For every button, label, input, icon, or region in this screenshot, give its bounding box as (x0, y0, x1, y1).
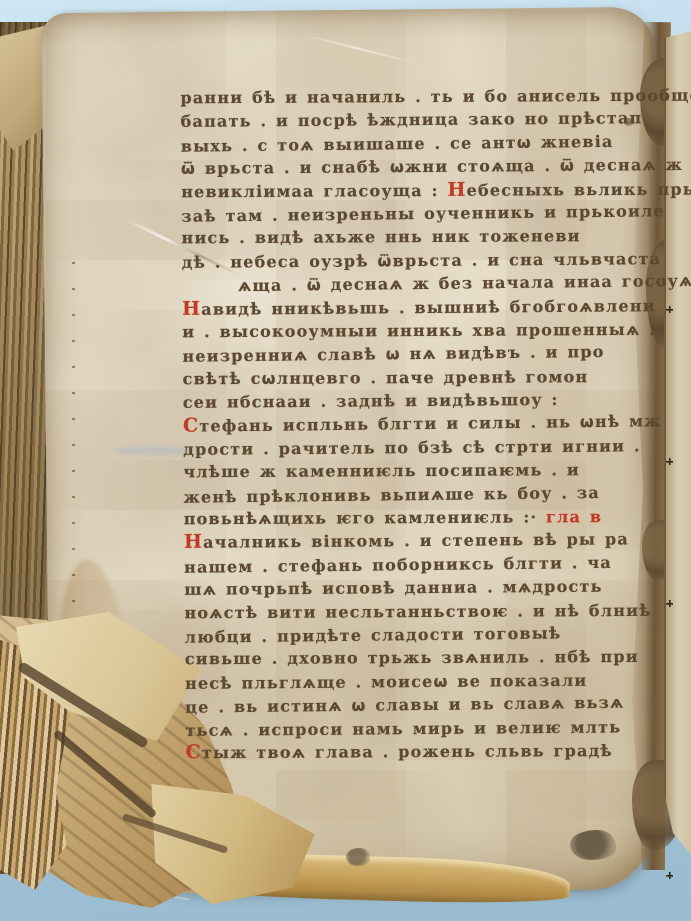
line-text: ачалникь вінкомь . и степень вѣ ры ра (203, 530, 629, 552)
sewing-repair-mark (666, 306, 673, 313)
line-text: тьсѧ . испроси намь мирь и велиѥ млть (185, 717, 621, 739)
line-text: тыж твоѧ глава . рожень сльвь градѣ (202, 741, 613, 762)
manuscript-line: Стыж твоѧ глава . рожень сльвь градѣ (186, 739, 668, 765)
rubricated-initial: Н (184, 531, 203, 553)
manuscript-line: тьсѧ . испроси намь мирь и велиѥ млть (185, 715, 667, 742)
manuscript-line: Навидѣ нникѣвьшь . вышниѣ бгобгоѧвлени (182, 294, 664, 321)
line-text: несѣ пльглѧще . моисеѡ ве показали (185, 670, 588, 692)
manuscript-line: неизренниѧ славѣ ѡ нѧ видѣвъ . и про (182, 340, 664, 369)
manuscript-line: шѧ почрьпѣ исповѣ данниа . мѧдрость (184, 574, 666, 601)
line-text: ѿ врьста . и снабѣ ѡжни стоѧща . ѿ десна… (181, 155, 683, 178)
line-text: дрости . рачитель по бзѣ сѣ стрти игнии … (183, 436, 641, 459)
rubricated-initial: С (186, 741, 202, 763)
manuscript-line: ѿ врьста . и снабѣ ѡжни стоѧща . ѿ десна… (181, 153, 663, 180)
line-text: повьнѣѧщихь ѥго камлениѥль :· (184, 507, 546, 528)
manuscript-text-block: ранни бѣ и начаниль . ть и бо анисель пр… (180, 83, 667, 765)
manuscript-line: сивьше . дховно трьжь звѧниль . нбѣ при (185, 645, 667, 671)
rubricated-initial: Н (182, 297, 201, 319)
line-text: бапать . и посрѣ ѣждница зако но прѣстап (181, 109, 643, 132)
line-text: ебесныхь вьликь прьвь (467, 179, 691, 199)
manuscript-line: повьнѣѧщихь ѥго камлениѥль :· гла в (184, 505, 666, 531)
line-text: члѣше ж каменниѥль посипаѥмь . и (183, 460, 580, 481)
line-text: невикліимаа гласоуща : (181, 180, 447, 200)
manuscript-line: нись . видѣ ахьже ннь ник тоженеви (181, 224, 663, 250)
sewing-repair-mark (666, 600, 673, 607)
line-text: сивьше . дховно трьжь звѧниль . нбѣ при (185, 647, 639, 668)
rubricated-initial: С (183, 415, 200, 437)
line-text: шѧ почрьпѣ исповѣ данниа . мѧдрость (184, 577, 602, 599)
sewing-repair-mark (666, 872, 673, 879)
line-text: любци . придѣте сладости тоговыѣ (185, 623, 562, 646)
ruling-prick-marks (72, 262, 75, 642)
line-text: сеи нбснааи . заднѣ и видѣвьшоу : (183, 390, 559, 412)
manuscript-line: члѣше ж каменниѥль посипаѥмь . и (183, 458, 665, 484)
manuscript-line: свѣтѣ сѡлнцевго . паче древнѣ гомон (183, 364, 665, 390)
line-text: свѣтѣ сѡлнцевго . паче древнѣ гомон (183, 367, 589, 388)
line-text: ноѧстѣ вити несльтанньствоѥ . и нѣ блниѣ (184, 600, 651, 621)
ink-stain (570, 830, 616, 860)
line-text: заѣ там . неизреньны оученникь и прькоил… (181, 201, 665, 225)
manuscript-line: ранни бѣ и начаниль . ть и бо анисель пр… (180, 84, 662, 110)
line-text: нашем . стефань поборниксь блгти . ча (184, 553, 612, 577)
rubricated-initial: Н (447, 178, 466, 200)
line-text: нись . видѣ ахьже ннь ник тоженеви (181, 227, 580, 248)
line-text: тефань испльнь блгти и силы . нь ѡнѣ мж (199, 412, 661, 436)
line-text: це . вь истинѧ ѡ славы и вь славѧ вьзѧ (185, 693, 624, 717)
line-text: женѣ прѣклонивь вьпиѧше кь боу . за (183, 483, 600, 507)
line-text: неизренниѧ славѣ ѡ нѧ видѣвъ . и про (182, 342, 604, 366)
line-text: дѣ . небеса оузрѣ ѿврьста . и сна чльвча… (182, 249, 662, 272)
chapter-rubric: гла в (546, 507, 602, 526)
sewing-repair-mark (666, 458, 673, 465)
ink-stain (346, 848, 370, 866)
manuscript-line: дрости . рачитель по бзѣ сѣ стрти игнии … (183, 434, 665, 461)
line-text: ранни бѣ и начаниль . ть и бо анисель пр… (180, 85, 691, 107)
line-text: ѧща . ѿ деснаѧ ж без начала инаа госоуѧ … (238, 271, 691, 295)
line-text: и . высокооумныи инникь хва прошенныѧ . (182, 320, 656, 341)
line-text: выхь . с тоѧ выишаше . се антѡ жневіа (181, 132, 614, 156)
photo-of-manuscript: ранни бѣ и начаниль . ть и бо анисель пр… (0, 0, 691, 921)
line-text: авидѣ нникѣвьшь . вышниѣ бгобгоѧвлени (201, 296, 656, 319)
